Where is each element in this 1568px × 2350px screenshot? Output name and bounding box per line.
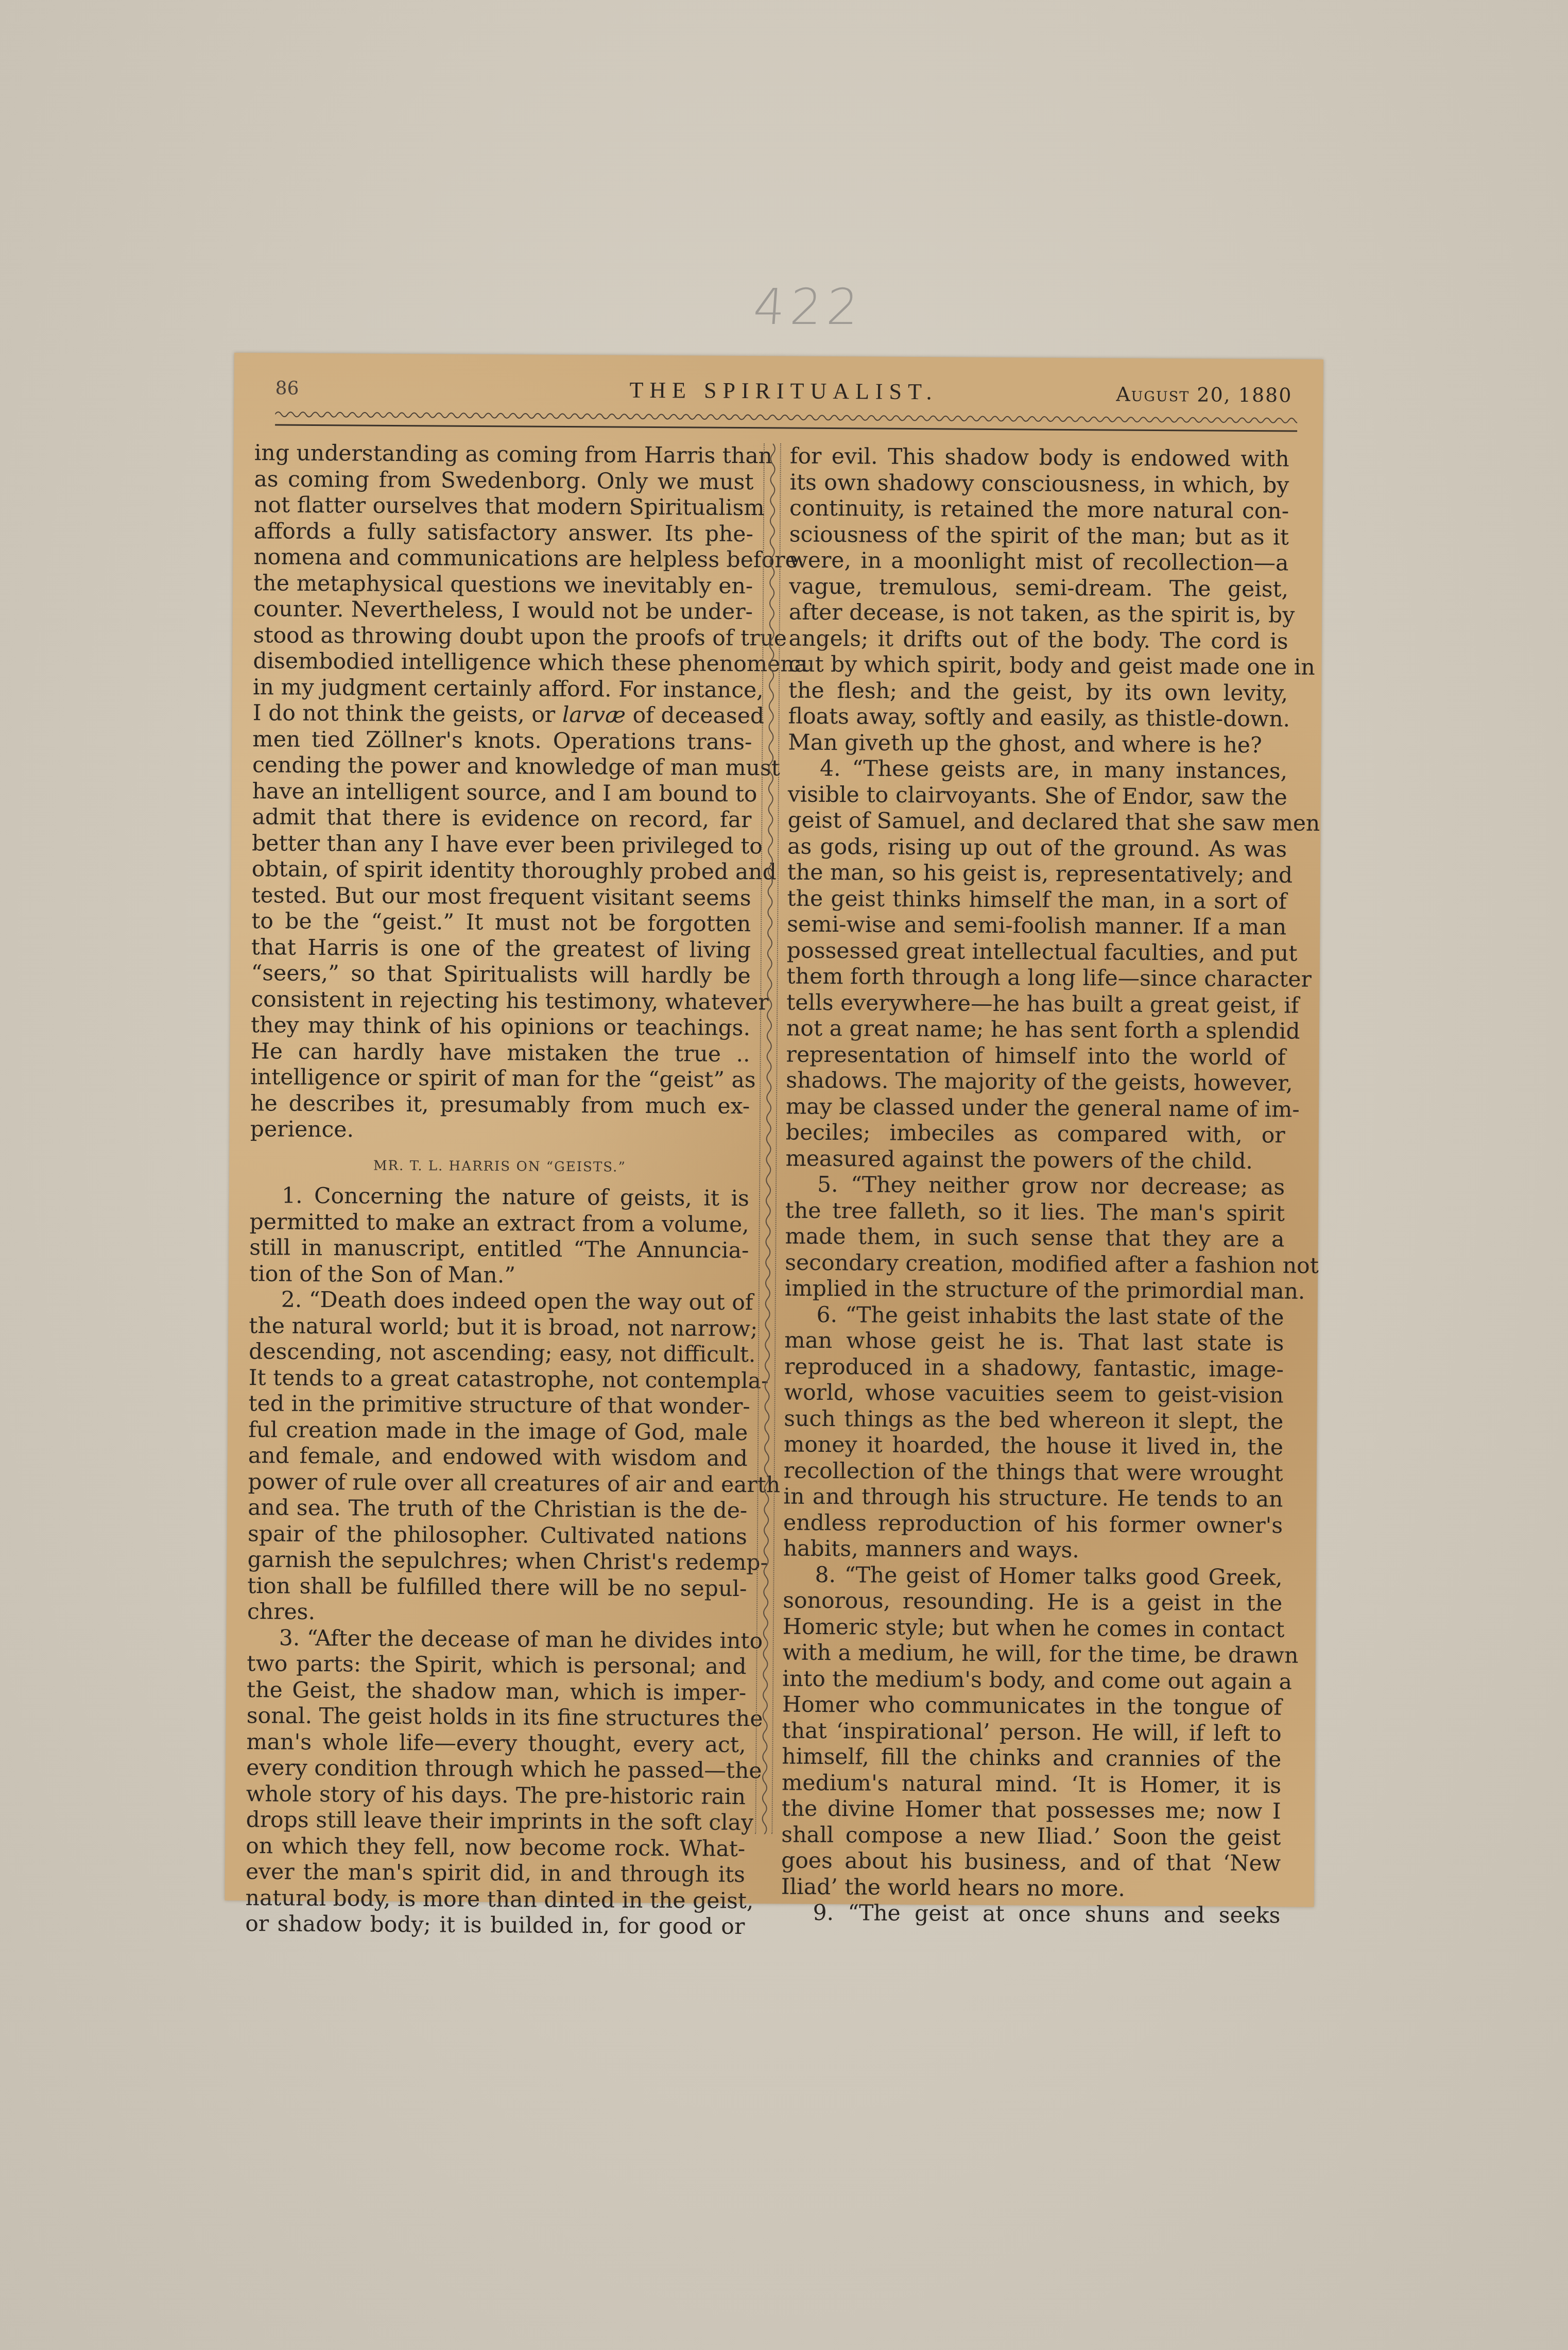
- text-line: habits, manners and ways.: [783, 1536, 1283, 1565]
- text-line: possessed great intellectual faculties, …: [787, 938, 1286, 967]
- text-line: 3. “After the decease of man he divides …: [247, 1625, 747, 1654]
- section-heading: MR. T. L. HARRIS ON “GEISTS.”: [250, 1152, 749, 1181]
- text-line: for evil. This shadow body is endowed wi…: [790, 444, 1289, 473]
- text-line: spair of the philosopher. Cultivated nat…: [248, 1521, 747, 1550]
- text-line: measured against the powers of the child…: [785, 1146, 1285, 1175]
- text-line: Iliad’ the world hears no more.: [781, 1874, 1281, 1903]
- text-line: he describes it, presumably from much ex…: [250, 1091, 750, 1120]
- text-line: them forth through a long life—since cha…: [786, 964, 1286, 993]
- text-line: the geist thinks himself the man, in a s…: [787, 886, 1286, 915]
- text-line: It tends to a great catastrophe, not con…: [249, 1365, 748, 1394]
- text-line: tested. But our most frequent visitant s…: [251, 883, 751, 912]
- text-line: disembodied intelligence which these phe…: [253, 648, 752, 677]
- masthead: 86 THE SPIRITUALIST. August 20, 1880: [275, 368, 1292, 416]
- text-line: on which they fell, now become rock. Wha…: [246, 1833, 745, 1862]
- text-line: whole story of his days. The pre-histori…: [246, 1781, 746, 1810]
- text-line: still in manuscript, entitled “The Annun…: [249, 1235, 749, 1264]
- text-line: they may think of his opinions or teachi…: [251, 1013, 750, 1041]
- text-line: counter. Nevertheless, I would not be un…: [253, 596, 753, 625]
- text-line: ever the man's spirit did, in and throug…: [246, 1859, 745, 1888]
- text-line: 5. “They neither grow nor decrease; as: [785, 1172, 1285, 1201]
- text-line: visible to clairvoyants. She of Endor, s…: [788, 782, 1287, 811]
- text-line: ful creation made in the image of God, m…: [248, 1417, 748, 1446]
- text-line: power of rule over all creatures of air …: [248, 1469, 747, 1498]
- text-line: the man, so his geist is, representative…: [787, 860, 1287, 889]
- text-line: cut by which spirit, body and geist made…: [788, 652, 1288, 681]
- text-line: money it hoarded, the house it lived in,…: [784, 1432, 1283, 1461]
- text-line: nomena and communications are helpless b…: [253, 544, 753, 573]
- text-line: descending, not ascending; easy, not dif…: [249, 1339, 748, 1368]
- text-line: vague, tremulous, semi-dream. The geist,: [789, 574, 1288, 603]
- paragraph-1: 1. Concerning the nature of geists, it i…: [249, 1183, 749, 1290]
- text-line: its own shadowy consciousness, in which,…: [789, 470, 1289, 499]
- text-line: geist of Samuel, and declared that she s…: [787, 808, 1287, 837]
- text-line: chres.: [247, 1599, 747, 1628]
- text-line: not flatter ourselves that modern Spirit…: [254, 492, 753, 521]
- text-line: shall compose a new Iliad.’ Soon the gei…: [781, 1822, 1281, 1851]
- text-line: tells everywhere—he has built a great ge…: [786, 990, 1286, 1019]
- text-line: medium's natural mind. ‘It is Homer, it …: [782, 1770, 1281, 1799]
- text-line: that ‘inspirational’ person. He will, if…: [782, 1718, 1282, 1747]
- text-line: made them, in such sense that they are a: [785, 1224, 1284, 1253]
- text-line: in and through his structure. He tends t…: [783, 1484, 1283, 1513]
- text-line: Homer who communicates in the tongue of: [782, 1692, 1282, 1721]
- intro-paragraph: ing understanding as coming from Harris …: [250, 440, 754, 1145]
- text-line: recollection of the things that were wro…: [784, 1458, 1283, 1487]
- text-line: intelligence or spirit of man for the “g…: [250, 1065, 750, 1093]
- text-line: natural body, is more than dinted in the…: [246, 1885, 745, 1914]
- italic-word: larvæ: [562, 702, 626, 728]
- text-line: sonorous, resounding. He is a geist in t…: [783, 1588, 1282, 1617]
- text-line: after decease, is not taken, as the spir…: [789, 600, 1288, 629]
- paragraph-2: 2. “Death does indeed open the way out o…: [247, 1287, 749, 1628]
- text-line: affords a fully satisfactory answer. Its…: [254, 519, 753, 547]
- text-line: 4. “These geists are, in many instances,: [788, 756, 1287, 785]
- text-line: Homeric style; but when he comes in cont…: [783, 1614, 1282, 1643]
- text-line: in my judgment certainly afford. For ins…: [253, 675, 752, 704]
- text-line: tion of the Son of Man.”: [249, 1261, 749, 1290]
- text-line: were, in a moonlight mist of recollectio…: [789, 548, 1288, 577]
- text-line: tion shall be fulfilled there will be no…: [247, 1573, 747, 1602]
- issue-date: August 20, 1880: [1116, 383, 1293, 406]
- text-line: 8. “The geist of Homer talks good Greek,: [783, 1562, 1282, 1591]
- text-line: may be classed under the general name of…: [786, 1094, 1285, 1123]
- text-line: stood as throwing doubt upon the proofs …: [253, 623, 752, 651]
- text-line: reproduced in a shadowy, fantastic, imag…: [784, 1354, 1284, 1383]
- text-line: man's whole life—every thought, every ac…: [246, 1729, 746, 1758]
- text-line: continuity, is retained the more natural…: [789, 496, 1289, 525]
- paragraph-9: 9. “The geist at once shuns and seeks: [781, 1900, 1280, 1929]
- text-line: world, whose vacuities seem to geist-vis…: [784, 1380, 1284, 1409]
- text-line: better than any I have ever been privile…: [252, 831, 751, 860]
- text-line: 1. Concerning the nature of geists, it i…: [250, 1183, 749, 1212]
- text-line: I do not think the geists, or larvæ of d…: [253, 700, 752, 729]
- text-line: as gods, rising up out of the ground. As…: [787, 834, 1287, 863]
- text-line: the natural world; but it is broad, not …: [249, 1313, 748, 1342]
- text-line: goes about his business, and of that ‘Ne…: [781, 1848, 1281, 1877]
- text-line: permitted to make an extract from a volu…: [250, 1209, 749, 1238]
- text-line: 6. “The geist inhabits the last state of…: [784, 1302, 1284, 1331]
- text-line: into the medium's body, and come out aga…: [782, 1666, 1282, 1695]
- text-line: such things as the bed whereon it slept,…: [784, 1406, 1283, 1435]
- text-line: secondary creation, modified after a fas…: [785, 1250, 1284, 1279]
- pencil-page-number: 422: [734, 278, 883, 336]
- text-line: 2. “Death does indeed open the way out o…: [249, 1287, 749, 1316]
- text-line: admit that there is evidence on record, …: [252, 804, 751, 833]
- text-line: perience.: [250, 1117, 750, 1145]
- text-line: drops still leave their imprints in the …: [246, 1807, 745, 1836]
- right-column: for evil. This shadow body is endowed wi…: [781, 444, 1289, 1929]
- text-line: man whose geist he is. That last state i…: [784, 1328, 1284, 1357]
- paragraph-5: 5. “They neither grow nor decrease; asth…: [785, 1172, 1285, 1305]
- text-line: sonal. The geist holds in its fine struc…: [247, 1703, 746, 1732]
- text-line: the flesh; and the geist, by its own lev…: [788, 678, 1288, 707]
- left-column: ing understanding as coming from Harris …: [245, 440, 754, 1940]
- text-line: men tied Zöllner's knots. Operations tra…: [252, 727, 752, 756]
- paragraph-3-continued: for evil. This shadow body is endowed wi…: [788, 444, 1289, 759]
- text-line: 9. “The geist at once shuns and seeks: [781, 1900, 1280, 1929]
- text-line: that Harris is one of the greatest of li…: [251, 935, 751, 964]
- text-line: floats away, softly and easily, as thist…: [788, 704, 1288, 733]
- text-line: every condition through which he passed—…: [246, 1755, 746, 1784]
- text-line: endless reproduction of his former owner…: [783, 1510, 1283, 1539]
- paragraph-8: 8. “The geist of Homer talks good Greek,…: [781, 1562, 1283, 1903]
- text-line: not a great name; he has sent forth a sp…: [786, 1016, 1286, 1045]
- paragraph-3: 3. “After the decease of man he divides …: [245, 1625, 747, 1941]
- text-line: the Geist, the shadow man, which is impe…: [247, 1677, 746, 1706]
- text-line: implied in the structure of the primordi…: [785, 1276, 1284, 1305]
- text-line: the tree falleth, so it lies. The man's …: [785, 1198, 1285, 1227]
- text-line: to be the “geist.” It must not be forgot…: [251, 908, 751, 937]
- text-line: or shadow body; it is builded in, for go…: [245, 1911, 745, 1940]
- text-line: as coming from Swedenborg. Only we must: [254, 467, 753, 495]
- text-line: obtain, of spirit identity thoroughly pr…: [252, 856, 751, 885]
- text-line: the divine Homer that possesses me; now …: [782, 1796, 1281, 1825]
- text-line: consistent in rejecting his testimony, w…: [251, 987, 750, 1016]
- text-line: Man giveth up the ghost, and where is he…: [788, 730, 1287, 759]
- text-line: with a medium, he will, for the time, be…: [782, 1640, 1282, 1669]
- text-line: cending the power and knowledge of man m…: [252, 752, 752, 781]
- paragraph-4: 4. “These geists are, in many instances,…: [785, 756, 1287, 1175]
- text-line: ted in the primitive structure of that w…: [248, 1391, 748, 1420]
- text-line: two parts: the Spirit, which is personal…: [247, 1651, 746, 1680]
- text-line: and female, and endowed with wisdom and: [248, 1443, 748, 1472]
- text-line: representation of himself into the world…: [786, 1042, 1286, 1071]
- paragraph-6: 6. “The geist inhabits the last state of…: [783, 1302, 1284, 1565]
- text-line: ing understanding as coming from Harris …: [254, 440, 754, 469]
- text-line: the metaphysical questions we inevitably…: [253, 571, 753, 599]
- text-line: beciles; imbeciles as compared with, or: [786, 1120, 1285, 1149]
- text-line: angels; it drifts out of the body. The c…: [788, 626, 1288, 655]
- text-line: “seers,” so that Spiritualists will hard…: [251, 960, 750, 989]
- text-line: have an intelligent source, and I am bou…: [252, 779, 752, 808]
- text-line: shadows. The majority of the geists, how…: [786, 1068, 1285, 1097]
- text-line: garnish the sepulchres; when Christ's re…: [248, 1547, 747, 1576]
- text-line: sciousness of the spirit of the man; but…: [789, 522, 1289, 551]
- text-line: He can hardly have mistaken the true ..: [251, 1039, 750, 1068]
- newspaper-clipping: 86 THE SPIRITUALIST. August 20, 1880 ing…: [225, 353, 1323, 1907]
- text-line: himself, fill the chinks and crannies of…: [782, 1744, 1281, 1773]
- text-line: and sea. The truth of the Christian is t…: [248, 1495, 747, 1524]
- text-line: semi-wise and semi-foolish manner. If a …: [787, 912, 1286, 941]
